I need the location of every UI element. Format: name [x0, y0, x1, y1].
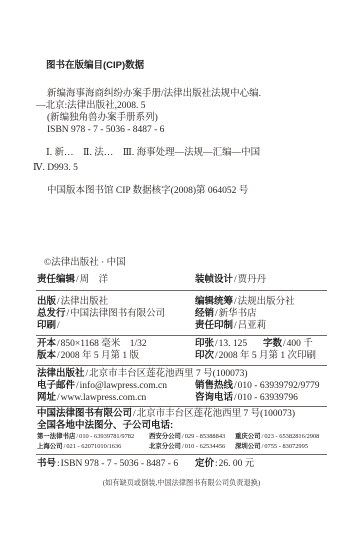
editors-row: 责任编辑/周 洋 装帧设计/贾丹丹	[37, 274, 326, 286]
press-address-pair: 法律出版社/北京市丰台区莲花池西里 7 号(100073)	[37, 369, 247, 379]
branch-shanghai: 上海公司/021 - 62071010/1636	[37, 443, 121, 451]
email-pair: 电子邮件/info@lawpress.com.cn	[37, 381, 167, 391]
hotline-label: 销售热线	[195, 380, 233, 391]
company-address-pair: 中国法律图书有限公司/北京市丰台区莲花池西里 7 号(100073)	[37, 409, 295, 419]
seller-pair: 经销/新华书店	[195, 308, 257, 320]
replacement-note: (如有缺页或倒装,中国法律图书有限公司负责退换)	[37, 478, 326, 489]
word-count-pair: 字数/400 千	[263, 338, 313, 350]
edition-label: 版本	[37, 350, 56, 361]
edition-pair: 版本/2008 年 5 月第 1 版	[37, 351, 139, 361]
editor-label: 责任编辑	[37, 274, 75, 285]
impression-label: 印次	[195, 350, 214, 361]
divider-3	[36, 365, 327, 366]
price-label: 定价	[195, 458, 214, 469]
isbn-value: ISBN 978 - 7 - 5036 - 8487 - 6	[61, 459, 178, 469]
designer-pair: 装帧设计/贾丹丹	[195, 274, 266, 286]
hotline-value: 010 - 63939792/9779	[238, 381, 320, 391]
format-size-pair: 开本/850×1168 毫米 1/32	[37, 339, 147, 349]
distributor-name: 中国法律图书有限公司	[70, 309, 165, 319]
sheets-label: 印张	[195, 338, 214, 349]
printer-pair: 印刷/	[37, 321, 61, 331]
word-count-label: 字数	[263, 338, 282, 349]
press-address-row: 法律出版社/北京市丰台区莲花池西里 7 号(100073)	[37, 368, 326, 380]
designer-label: 装帧设计	[195, 274, 233, 285]
company-address-row: 中国法律图书有限公司/北京市丰台区莲花池西里 7 号(100073)	[37, 408, 326, 420]
divider-4	[36, 406, 327, 407]
cip-record-number: 中国版本图书馆 CIP 数据核字(2008)第 064052 号	[47, 186, 248, 197]
cip-classification-line: Ⅰ. 新… Ⅱ. 法… Ⅲ. 海事处理—法规—汇编—中国	[46, 148, 260, 159]
isbn-pair: 书号:ISBN 978 - 7 - 5036 - 8487 - 6	[37, 459, 178, 469]
cip-heading: 图书在版编目(CIP)数据	[46, 60, 144, 71]
email-value: info@lawpress.com.cn	[80, 381, 167, 391]
impression-pair: 印次/2008 年 5 月第 1 次印刷	[195, 350, 316, 362]
edition-row: 版本/2008 年 5 月第 1 版 印次/2008 年 5 月第 1 次印刷	[37, 350, 326, 362]
inquiry-value: 010 - 63939796	[238, 393, 298, 403]
format-size-label: 开本	[37, 338, 56, 349]
format-size-value: 850×1168 毫米 1/32	[61, 339, 147, 349]
hotline-pair: 销售热线/010 - 63939792/9779	[195, 380, 319, 392]
website-value: www.lawpress.com.cn	[61, 393, 147, 403]
print-supervisor-pair: 责任印制/吕亚莉	[195, 320, 266, 332]
isbn-price-row: 书号:ISBN 978 - 7 - 5036 - 8487 - 6 定价:26.…	[37, 458, 326, 470]
email-label: 电子邮件	[37, 380, 75, 391]
sheets-pair: 印张/13. 125	[195, 338, 247, 350]
seller-name: 新华书店	[219, 309, 257, 319]
copyright-line: ©法律出版社 · 中国	[44, 258, 126, 269]
coordination-pair: 编辑统筹/法规出版分社	[195, 296, 295, 308]
cip-publisher-line: —北京:法律出版社,2008. 5	[36, 101, 146, 112]
publisher-label: 出版	[37, 296, 56, 307]
word-count-value: 400 千	[287, 339, 313, 349]
print-supervisor-name: 吕亚莉	[238, 321, 267, 331]
coordination-name: 法规出版分社	[238, 297, 295, 307]
branch-xian: 西安分公司/029 - 85388843	[149, 433, 225, 441]
divider-1	[36, 290, 327, 291]
branch-first-bookstore: 第一法律书店/010 - 63939781/9782	[37, 433, 134, 441]
coordination-label: 编辑统筹	[195, 296, 233, 307]
distributor-label: 总发行	[37, 308, 66, 319]
branch-beijing: 北京分公司/010 - 62534456	[149, 443, 225, 451]
divider-2	[36, 335, 327, 336]
press-address-label: 法律出版社	[37, 368, 85, 379]
designer-name: 贾丹丹	[238, 275, 267, 285]
print-supervisor-label: 责任印制	[195, 320, 233, 331]
printer-row: 印刷/ 责任印制/吕亚莉	[37, 320, 326, 332]
distributor-row: 总发行/中国法律图书有限公司 经销/新华书店	[37, 308, 326, 320]
inquiry-label: 咨询电话	[195, 392, 233, 403]
press-address-value: 北京市丰台区莲花池西里 7 号(100073)	[89, 369, 247, 379]
press-website-row: 网址/www.lawpress.com.cn 咨询电话/010 - 639397…	[37, 392, 326, 404]
press-email-row: 电子邮件/info@lawpress.com.cn 销售热线/010 - 639…	[37, 380, 326, 392]
branches-heading: 全国各地中法图分、子公司电话:	[37, 420, 326, 431]
website-pair: 网址/www.lawpress.com.cn	[37, 393, 146, 403]
company-address-value: 北京市丰台区莲花池西里 7 号(100073)	[137, 409, 295, 419]
price-value: 26. 00 元	[219, 459, 255, 469]
price-pair: 定价:26. 00 元	[195, 458, 254, 470]
printer-label: 印刷	[37, 320, 56, 331]
editor-name: 周 洋	[80, 275, 109, 285]
website-label: 网址	[37, 392, 56, 403]
publisher-name: 法律出版社	[61, 297, 109, 307]
cip-series-line: (新编独角兽办案手册系列)	[47, 113, 158, 124]
seller-label: 经销	[195, 308, 214, 319]
cip-isbn-line: ISBN 978 - 7 - 5036 - 8487 - 6	[47, 125, 164, 136]
publisher-row: 出版/法律出版社 编辑统筹/法规出版分社	[37, 296, 326, 308]
publisher-pair: 出版/法律出版社	[37, 297, 108, 307]
edition-value: 2008 年 5 月第 1 版	[61, 351, 139, 361]
branch-shenzhen: 深圳公司/0755 - 83072995	[235, 443, 308, 451]
isbn-label: 书号	[37, 458, 56, 469]
divider-5	[36, 454, 327, 455]
distributor-pair: 总发行/中国法律图书有限公司	[37, 309, 165, 319]
company-address-label: 中国法律图书有限公司	[37, 408, 132, 419]
cip-classification-line2: Ⅳ. D993. 5	[33, 163, 78, 174]
copyright-page: 图书在版编目(CIP)数据 新编海事海商纠纷办案手册/法律出版社法规中心编. —…	[0, 0, 360, 540]
branch-chongqing: 重庆公司/023 - 65382816/2908	[235, 433, 319, 441]
format-row: 开本/850×1168 毫米 1/32 印张/13. 125 字数/400 千	[37, 338, 326, 350]
cip-title-line: 新编海事海商纠纷办案手册/法律出版社法规中心编.	[47, 89, 261, 100]
inquiry-pair: 咨询电话/010 - 63939796	[195, 392, 298, 404]
impression-value: 2008 年 5 月第 1 次印刷	[219, 351, 316, 361]
sheets-value: 13. 125	[219, 339, 248, 349]
editor-pair: 责任编辑/周 洋	[37, 275, 108, 285]
